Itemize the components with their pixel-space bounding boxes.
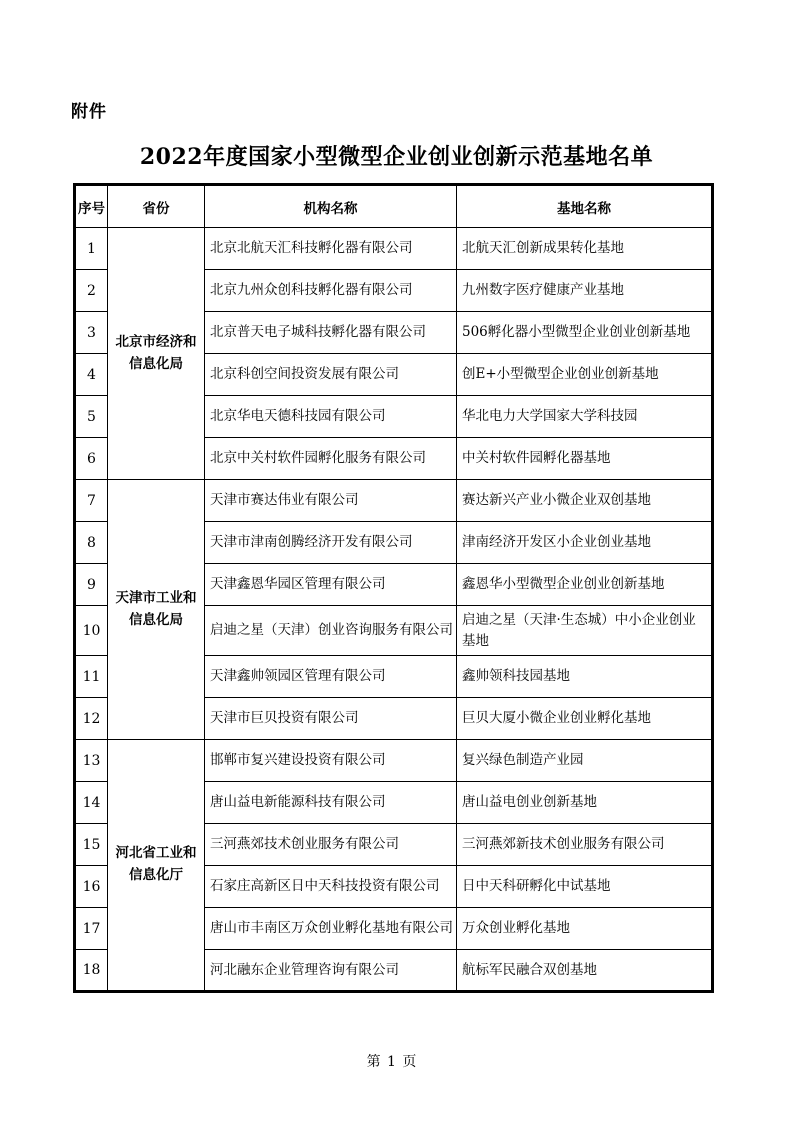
- header-serial-number: 序号: [75, 185, 108, 228]
- cell-base-name: 津南经济开发区小企业创业基地: [457, 522, 713, 564]
- cell-base-name: 506孵化器小型微型企业创业创新基地: [457, 312, 713, 354]
- cell-base-name: 中关村软件园孵化器基地: [457, 438, 713, 480]
- cell-org-name: 三河燕郊技术创业服务有限公司: [205, 824, 457, 866]
- cell-serial-number: 4: [75, 354, 108, 396]
- cell-base-name: 创E+小型微型企业创业创新基地: [457, 354, 713, 396]
- cell-base-name: 复兴绿色制造产业园: [457, 740, 713, 782]
- cell-province-beijing: 北京市经济和信息化局: [108, 228, 205, 480]
- cell-province-hebei: 河北省工业和信息化厅: [108, 740, 205, 992]
- cell-serial-number: 12: [75, 698, 108, 740]
- cell-base-name: 万众创业孵化基地: [457, 908, 713, 950]
- table-header-row: 序号 省份 机构名称 基地名称: [75, 185, 713, 228]
- cell-province-tianjin: 天津市工业和信息化局: [108, 480, 205, 740]
- table-row: 7 天津市工业和信息化局 天津市赛达伟业有限公司 赛达新兴产业小微企业双创基地: [75, 480, 713, 522]
- cell-org-name: 天津市赛达伟业有限公司: [205, 480, 457, 522]
- cell-serial-number: 9: [75, 564, 108, 606]
- cell-serial-number: 3: [75, 312, 108, 354]
- cell-base-name: 华北电力大学国家大学科技园: [457, 396, 713, 438]
- cell-serial-number: 1: [75, 228, 108, 270]
- table-row: 13 河北省工业和信息化厅 邯郸市复兴建设投资有限公司 复兴绿色制造产业园: [75, 740, 713, 782]
- cell-base-name: 航标军民融合双创基地: [457, 950, 713, 992]
- cell-org-name: 唐山益电新能源科技有限公司: [205, 782, 457, 824]
- cell-base-name: 启迪之星（天津·生态城）中小企业创业基地: [457, 606, 713, 656]
- cell-org-name: 天津市巨贝投资有限公司: [205, 698, 457, 740]
- cell-serial-number: 7: [75, 480, 108, 522]
- cell-org-name: 北京科创空间投资发展有限公司: [205, 354, 457, 396]
- cell-serial-number: 13: [75, 740, 108, 782]
- cell-org-name: 启迪之星（天津）创业咨询服务有限公司: [205, 606, 457, 656]
- cell-serial-number: 18: [75, 950, 108, 992]
- cell-base-name: 日中天科研孵化中试基地: [457, 866, 713, 908]
- cell-org-name: 天津市津南创腾经济开发有限公司: [205, 522, 457, 564]
- cell-base-name: 巨贝大厦小微企业创业孵化基地: [457, 698, 713, 740]
- cell-serial-number: 16: [75, 866, 108, 908]
- table-header: 序号 省份 机构名称 基地名称: [75, 185, 713, 228]
- cell-org-name: 河北融东企业管理咨询有限公司: [205, 950, 457, 992]
- cell-serial-number: 11: [75, 656, 108, 698]
- cell-org-name: 北京华电天德科技园有限公司: [205, 396, 457, 438]
- cell-serial-number: 6: [75, 438, 108, 480]
- cell-org-name: 唐山市丰南区万众创业孵化基地有限公司: [205, 908, 457, 950]
- cell-base-name: 北航天汇创新成果转化基地: [457, 228, 713, 270]
- cell-base-name: 九州数字医疗健康产业基地: [457, 270, 713, 312]
- attachment-label: 附件: [71, 97, 107, 122]
- cell-org-name: 天津鑫帅领园区管理有限公司: [205, 656, 457, 698]
- cell-org-name: 北京北航天汇科技孵化器有限公司: [205, 228, 457, 270]
- cell-serial-number: 15: [75, 824, 108, 866]
- cell-serial-number: 8: [75, 522, 108, 564]
- cell-serial-number: 14: [75, 782, 108, 824]
- cell-org-name: 北京中关村软件园孵化服务有限公司: [205, 438, 457, 480]
- cell-serial-number: 10: [75, 606, 108, 656]
- header-province: 省份: [108, 185, 205, 228]
- header-org-name: 机构名称: [205, 185, 457, 228]
- cell-org-name: 天津鑫恩华园区管理有限公司: [205, 564, 457, 606]
- cell-org-name: 邯郸市复兴建设投资有限公司: [205, 740, 457, 782]
- page-number: 第 1 页: [73, 1051, 711, 1071]
- cell-base-name: 三河燕郊新技术创业服务有限公司: [457, 824, 713, 866]
- cell-serial-number: 17: [75, 908, 108, 950]
- document-page: 附件 2022年度国家小型微型企业创业创新示范基地名单 序号 省份 机构名称 基…: [0, 0, 793, 1123]
- cell-org-name: 石家庄高新区日中天科技投资有限公司: [205, 866, 457, 908]
- cell-base-name: 鑫帅领科技园基地: [457, 656, 713, 698]
- cell-base-name: 鑫恩华小型微型企业创业创新基地: [457, 564, 713, 606]
- cell-base-name: 赛达新兴产业小微企业双创基地: [457, 480, 713, 522]
- cell-org-name: 北京九州众创科技孵化器有限公司: [205, 270, 457, 312]
- cell-base-name: 唐山益电创业创新基地: [457, 782, 713, 824]
- cell-serial-number: 5: [75, 396, 108, 438]
- base-list-table: 序号 省份 机构名称 基地名称 1 北京市经济和信息化局 北京北航天汇科技孵化器…: [73, 183, 714, 993]
- cell-org-name: 北京普天电子城科技孵化器有限公司: [205, 312, 457, 354]
- page-title: 2022年度国家小型微型企业创业创新示范基地名单: [0, 140, 793, 171]
- table-row: 1 北京市经济和信息化局 北京北航天汇科技孵化器有限公司 北航天汇创新成果转化基…: [75, 228, 713, 270]
- cell-serial-number: 2: [75, 270, 108, 312]
- header-base-name: 基地名称: [457, 185, 713, 228]
